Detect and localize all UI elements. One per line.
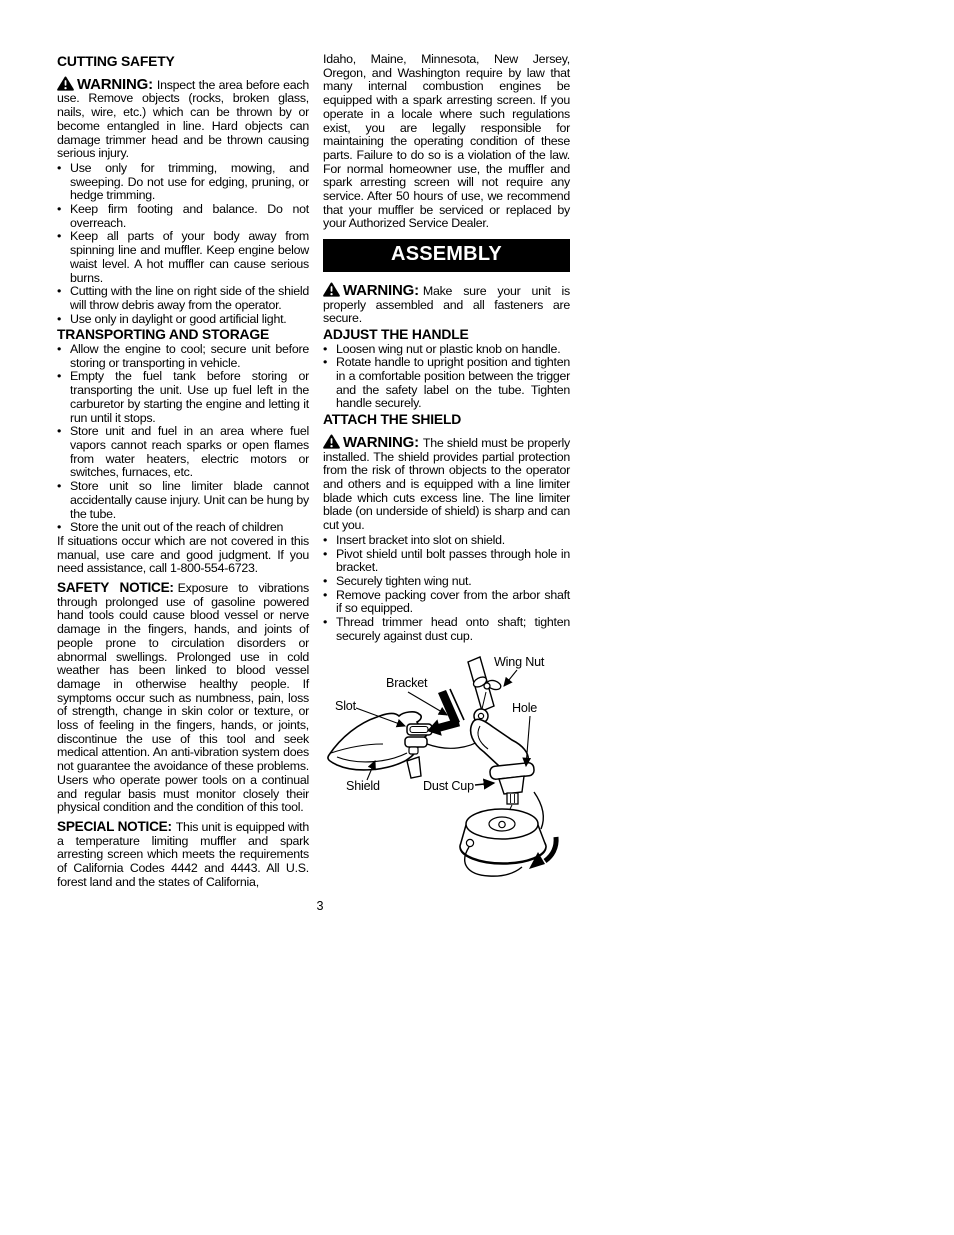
bullet-item: Pivot shield until bolt passes through h… — [323, 548, 570, 575]
bullet-text: Cutting with the line on right side of t… — [70, 285, 309, 312]
bullet-item: Loosen wing nut or plastic knob on handl… — [323, 343, 570, 357]
warning-label: WARNING: — [77, 76, 153, 93]
rotation-arrow-shaft — [545, 837, 556, 861]
bullet-item: Insert bracket into slot on shield. — [323, 534, 570, 548]
bullet-item: Remove packing cover from the arbor shaf… — [323, 589, 570, 616]
bullet-text: Empty the fuel tank before storing or tr… — [70, 370, 309, 425]
right-column: Idaho, Maine, Minnesota, New Jersey, Ore… — [323, 53, 570, 890]
wing-nut-center — [484, 683, 490, 689]
warning-triangle-icon — [323, 434, 340, 449]
diagram-label-slot: Slot — [335, 699, 357, 713]
bullet-text: Rotate handle to upright position and ti… — [336, 356, 570, 411]
bullet-item: Rotate handle to upright position and ti… — [323, 356, 570, 411]
warning-text: The shield must be properly installed. T… — [323, 436, 570, 532]
warning-paragraph-cutting: WARNING:Inspect the area before each use… — [57, 76, 309, 161]
situations-paragraph: If situations occur which are not covere… — [57, 535, 309, 576]
special-notice-label: SPECIAL NOTICE: — [57, 819, 172, 834]
bullet-text: Loosen wing nut or plastic knob on handl… — [336, 343, 570, 357]
bullet-item: Empty the fuel tank before storing or tr… — [57, 370, 309, 425]
arbor-bolt — [507, 793, 518, 804]
slot-clamp-lower — [405, 737, 427, 747]
diagram-label-bracket: Bracket — [386, 676, 428, 690]
wing-nut-arrow — [504, 670, 517, 686]
bullet-item: Securely tighten wing nut. — [323, 575, 570, 589]
bullet-item: Allow the engine to cool; secure unit be… — [57, 343, 309, 370]
bullet-item: Use only for trimming, mowing, and sweep… — [57, 162, 309, 203]
bolt-hole — [478, 714, 483, 719]
bullet-text: Store unit so line limiter blade cannot … — [70, 480, 309, 521]
warning-paragraph-shield: WARNING:The shield must be properly inst… — [323, 434, 570, 533]
shield-assembly-diagram: Wing Nut Bracket Slot Hole Shield Dust C… — [323, 649, 573, 886]
dust-cup-body — [499, 776, 524, 794]
heading-attach-shield: ATTACH THE SHIELD — [323, 413, 570, 427]
bullet-item: Store unit and fuel in an area where fue… — [57, 425, 309, 480]
bullet-text: Keep firm footing and balance. Do not ov… — [70, 203, 309, 230]
special-notice-paragraph: SPECIAL NOTICE:This unit is equipped wit… — [57, 820, 309, 890]
bullet-item: Store unit so line limiter blade cannot … — [57, 480, 309, 521]
warning-label: WARNING: — [343, 282, 419, 299]
bullet-text: Store unit and fuel in an area where fue… — [70, 425, 309, 480]
assembly-banner: ASSEMBLY — [323, 239, 570, 272]
clamp-bolt-nub — [409, 747, 418, 754]
safety-notice-text: Exposure to vibrations through prolonged… — [57, 581, 309, 814]
warning-label: WARNING: — [343, 434, 419, 451]
bullet-text: Pivot shield until bolt passes through h… — [336, 548, 570, 575]
heading-cutting-safety: CUTTING SAFETY — [57, 55, 309, 69]
bullet-text: Keep all parts of your body away from sp… — [70, 230, 309, 285]
heading-transporting-storage: TRANSPORTING AND STORAGE — [57, 328, 309, 342]
page-number: 3 — [306, 899, 334, 913]
bullet-text: Allow the engine to cool; secure unit be… — [70, 343, 309, 370]
bullet-text: Store the unit out of the reach of child… — [70, 521, 309, 535]
bullet-text: Thread trimmer head onto shaft; tighten … — [336, 616, 570, 643]
bullet-text: Insert bracket into slot on shield. — [336, 534, 570, 548]
diagram-label-dust-cup: Dust Cup — [423, 779, 474, 793]
trimmer-head-hub — [499, 822, 505, 828]
diagram-label-hole: Hole — [512, 701, 537, 715]
manual-page: CUTTING SAFETY WARNING:Inspect the area … — [0, 0, 954, 1235]
dust-cup-arrow — [475, 783, 494, 785]
bullet-item: Use only in daylight or good artificial … — [57, 313, 309, 327]
slot-opening — [410, 727, 428, 733]
bullet-item: Keep firm footing and balance. Do not ov… — [57, 203, 309, 230]
bullet-text: Securely tighten wing nut. — [336, 575, 570, 589]
warning-paragraph-assembly: WARNING:Make sure your unit is properly … — [323, 282, 570, 326]
safety-notice-label: SAFETY NOTICE: — [57, 580, 174, 595]
line-eyelet — [466, 840, 473, 847]
diagram-label-wing-nut: Wing Nut — [494, 655, 545, 669]
left-column: CUTTING SAFETY WARNING:Inspect the area … — [57, 55, 309, 890]
bullet-text: Use only for trimming, mowing, and sweep… — [70, 162, 309, 203]
warning-triangle-icon — [57, 76, 74, 91]
shield-tab-shape — [407, 757, 421, 778]
bullet-item: Cutting with the line on right side of t… — [57, 285, 309, 312]
bullet-text: Use only in daylight or good artificial … — [70, 313, 309, 327]
bullet-item: Thread trimmer head onto shaft; tighten … — [323, 616, 570, 643]
safety-notice-paragraph: SAFETY NOTICE:Exposure to vibrations thr… — [57, 581, 309, 815]
warning-triangle-icon — [323, 282, 340, 297]
heading-adjust-handle: ADJUST THE HANDLE — [323, 328, 570, 342]
bullet-text: Remove packing cover from the arbor shaf… — [336, 589, 570, 616]
bullet-item: Store the unit out of the reach of child… — [57, 521, 309, 535]
bullet-item: Keep all parts of your body away from sp… — [57, 230, 309, 285]
diagram-label-shield: Shield — [346, 779, 380, 793]
continuation-paragraph: Idaho, Maine, Minnesota, New Jersey, Ore… — [323, 53, 570, 231]
